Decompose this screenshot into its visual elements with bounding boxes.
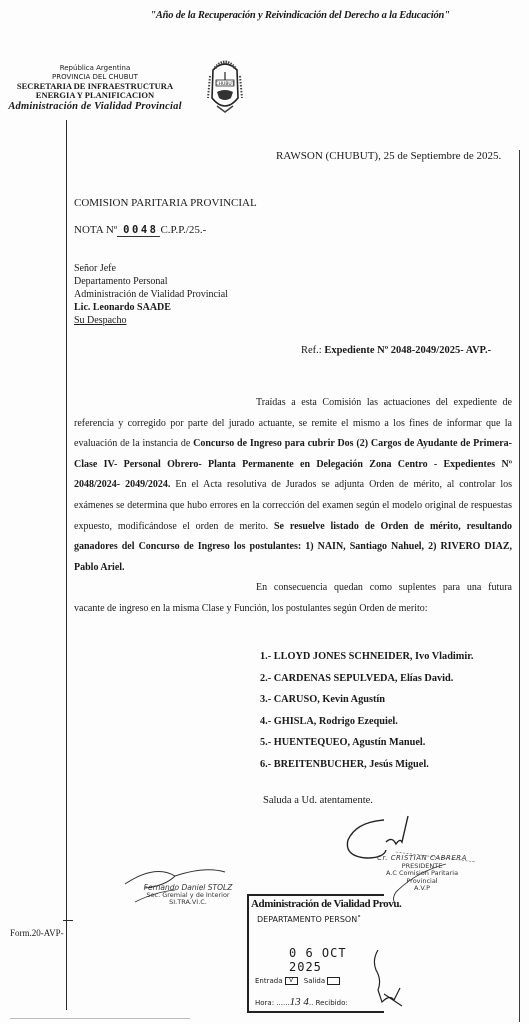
- substitutes-list: 1.- LLOYD JONES SCHNEIDER, Ivo Vladimir.…: [260, 646, 473, 775]
- right-margin-line: [519, 150, 520, 1022]
- list-item: 1.- LLOYD JONES SCHNEIDER, Ivo Vladimir.: [260, 646, 473, 668]
- addressee-block: Señor Jefe Departamento Personal Adminis…: [74, 262, 228, 327]
- salida-label: Salida: [304, 977, 325, 985]
- note-suffix: C.P.P./25.-: [160, 224, 206, 236]
- letterhead-secretariat-area: ENERGIA Y PLANIFICACION: [0, 91, 190, 100]
- margin-tick: [63, 920, 73, 921]
- year-motto: "Año de la Recuperación y Reivindicación…: [140, 10, 460, 21]
- form-code: Form.20-AVP-: [10, 928, 64, 938]
- reference-value: Expediente Nº 2048-2049/2025- AVP.-: [324, 345, 491, 356]
- received-signature-icon: [370, 950, 420, 1015]
- stamp-department: DEPARTAMENTO PERSON˚: [257, 915, 361, 924]
- addressee-closing: Su Despacho: [74, 314, 228, 327]
- committee-name: COMISION PARITARIA PROVINCIAL: [74, 197, 257, 209]
- note-number-line: NOTA Nº0048C.P.P./25.-: [74, 224, 206, 237]
- addressee-organization: Administración de Vialidad Provincial: [74, 288, 228, 301]
- note-prefix: NOTA Nº: [74, 224, 117, 236]
- signatory-1-org2: A.V.P: [372, 885, 472, 893]
- body-paragraph-2: En consecuencia quedan como suplentes pa…: [74, 578, 512, 619]
- list-item: 6.- BREITENBUCHER, Jesús Miguel.: [260, 754, 473, 776]
- closing-salutation: Saluda a Ud. atentamente.: [263, 795, 373, 806]
- addressee-department: Departamento Personal: [74, 275, 228, 288]
- list-item: 5.- HUENTEQUEO, Agustín Manuel.: [260, 732, 473, 754]
- stamp-entry-exit: EntradaV Salida: [255, 977, 344, 985]
- note-number: 0048: [117, 224, 160, 237]
- entrada-label: Entrada: [255, 977, 283, 985]
- signatory-1-org: A.C Comision Paritaria Provincial: [372, 870, 472, 885]
- signatory-2-org: SI.TRA.VI.C.: [128, 899, 248, 907]
- addressee-salutation: Señor Jefe: [74, 262, 228, 275]
- chubut-coat-of-arms-icon: CHUBUT: [205, 58, 245, 118]
- entrada-checkbox: V: [285, 977, 298, 985]
- place-and-date: RAWSON (CHUBUT), 25 de Septiembre de 202…: [276, 150, 501, 162]
- stamp-title: Administración de Vialidad Provu.: [251, 898, 401, 910]
- list-item: 2.- CARDENAS SEPULVEDA, Elías David.: [260, 668, 473, 690]
- hora-value: 13 4: [290, 996, 309, 1008]
- list-item: 4.- GHISLA, Rodrigo Ezequiel.: [260, 711, 473, 733]
- reception-stamp: Administración de Vialidad Provu. DEPART…: [247, 894, 384, 1013]
- hora-label: Hora: ......: [255, 999, 290, 1007]
- letterhead-country: República Argentina: [0, 64, 190, 73]
- addressee-name: Lic. Leonardo SAADE: [74, 301, 228, 314]
- recibido-label: .. Recibido:: [309, 999, 348, 1007]
- signatory-2-block: Fernando Daniel STOLZ Sec. Gremial y de …: [128, 884, 248, 907]
- reference-label: Ref.:: [301, 345, 322, 356]
- letter-body: Traídas a esta Comisión las actuaciones …: [74, 393, 512, 620]
- list-item: 3.- CARUSO, Kevin Agustín: [260, 689, 473, 711]
- bottom-rule: [10, 1018, 190, 1019]
- salida-checkbox: [327, 977, 340, 985]
- svg-text:CHUBUT: CHUBUT: [216, 81, 235, 87]
- letterhead: República Argentina PROVINCIA DEL CHUBUT…: [0, 64, 190, 111]
- reference-line: Ref.: Expediente Nº 2048-2049/2025- AVP.…: [301, 345, 491, 356]
- signatory-1-block: Cr. CRISTIAN CABRERA PRESIDENTE A.C Comi…: [372, 855, 472, 893]
- letterhead-administration: Administración de Vialidad Provincial: [0, 102, 190, 111]
- left-margin-line: [66, 120, 67, 1010]
- body-paragraph-1: Traídas a esta Comisión las actuaciones …: [74, 393, 512, 578]
- stamp-time-line: Hora: ......13 4.. Recibido:: [255, 996, 348, 1008]
